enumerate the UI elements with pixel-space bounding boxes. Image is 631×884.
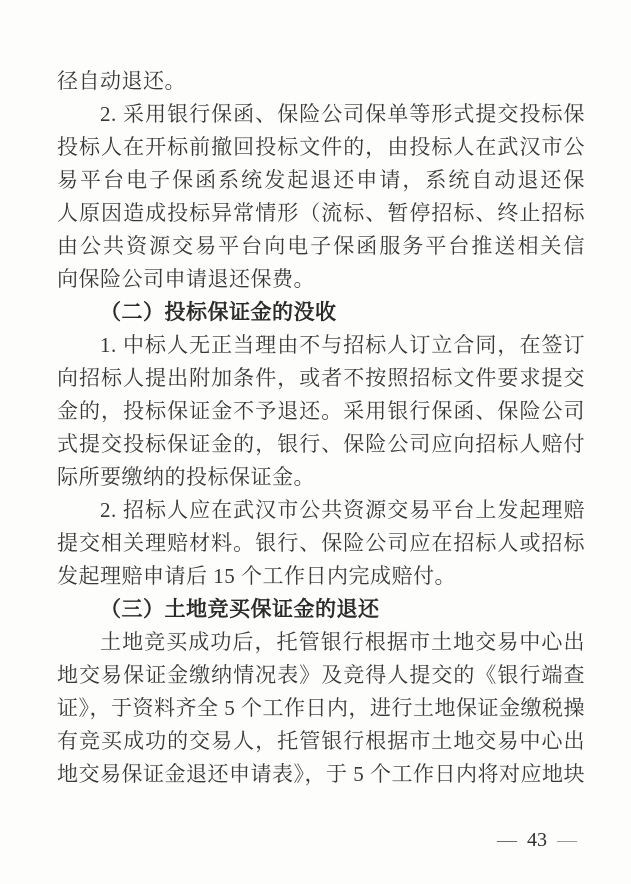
text-line: 向保险公司申请退还保费。	[57, 263, 585, 296]
text-line: 有竞买成功的交易人，托管银行根据市土地交易中心出具的《土	[57, 725, 585, 758]
text-line: 人原因造成投标异常情形（流标、暂停招标、终止招标等）的，	[57, 197, 585, 230]
footer-page-number: 43	[527, 829, 547, 851]
text-line: （三）土地竞买保证金的退还	[57, 593, 585, 626]
document-page: 径自动退还。2. 采用银行保函、保险公司保单等形式提交投标保证金的，投标人在开标…	[0, 0, 631, 884]
text-line: 地交易保证金退还申请表》，于 5 个工作日内将对应地块保证金	[57, 758, 585, 791]
text-line: 径自动退还。	[57, 65, 585, 98]
text-line: 投标人在开标前撤回投标文件的，由投标人在武汉市公共资源交	[57, 131, 585, 164]
text-line: 向招标人提出附加条件，或者不按照招标文件要求提交履约保证	[57, 362, 585, 395]
page-footer: —43—	[497, 828, 577, 852]
text-line: 式提交投标保证金的，银行、保险公司应向招标人赔付投标人实	[57, 428, 585, 461]
document-text: 径自动退还。2. 采用银行保函、保险公司保单等形式提交投标保证金的，投标人在开标…	[57, 65, 585, 791]
text-line: 地交易保证金缴纳情况表》及竞得人提交的《银行端查询缴税凭	[57, 659, 585, 692]
text-line: 易平台电子保函系统发起退还申请，系统自动退还保费；非投标	[57, 164, 585, 197]
text-line: 证》，于资料齐全 5 个工作日内，进行土地保证金缴税操作；没	[57, 692, 585, 725]
text-line: 提交相关理赔材料。银行、保险公司应在招标人或招标代理机构	[57, 527, 585, 560]
text-line: 1. 中标人无正当理由不与招标人订立合同，在签订合同时	[57, 329, 585, 362]
text-line: 金的，投标保证金不予退还。采用银行保函、保险公司保单等形	[57, 395, 585, 428]
text-line: 土地竞买成功后，托管银行根据市土地交易中心出具的《土	[57, 626, 585, 659]
text-line: （二）投标保证金的没收	[57, 296, 585, 329]
text-line: 际所要缴纳的投标保证金。	[57, 461, 585, 494]
text-line: 2. 招标人应在武汉市公共资源交易平台上发起理赔申请并	[57, 494, 585, 527]
footer-right-dash: —	[557, 828, 577, 852]
text-line: 2. 采用银行保函、保险公司保单等形式提交投标保证金的，	[57, 98, 585, 131]
text-line: 由公共资源交易平台向电子保函服务平台推送相关信息，投标人	[57, 230, 585, 263]
footer-left-dash: —	[497, 828, 517, 852]
text-line: 发起理赔申请后 15 个工作日内完成赔付。	[57, 560, 585, 593]
